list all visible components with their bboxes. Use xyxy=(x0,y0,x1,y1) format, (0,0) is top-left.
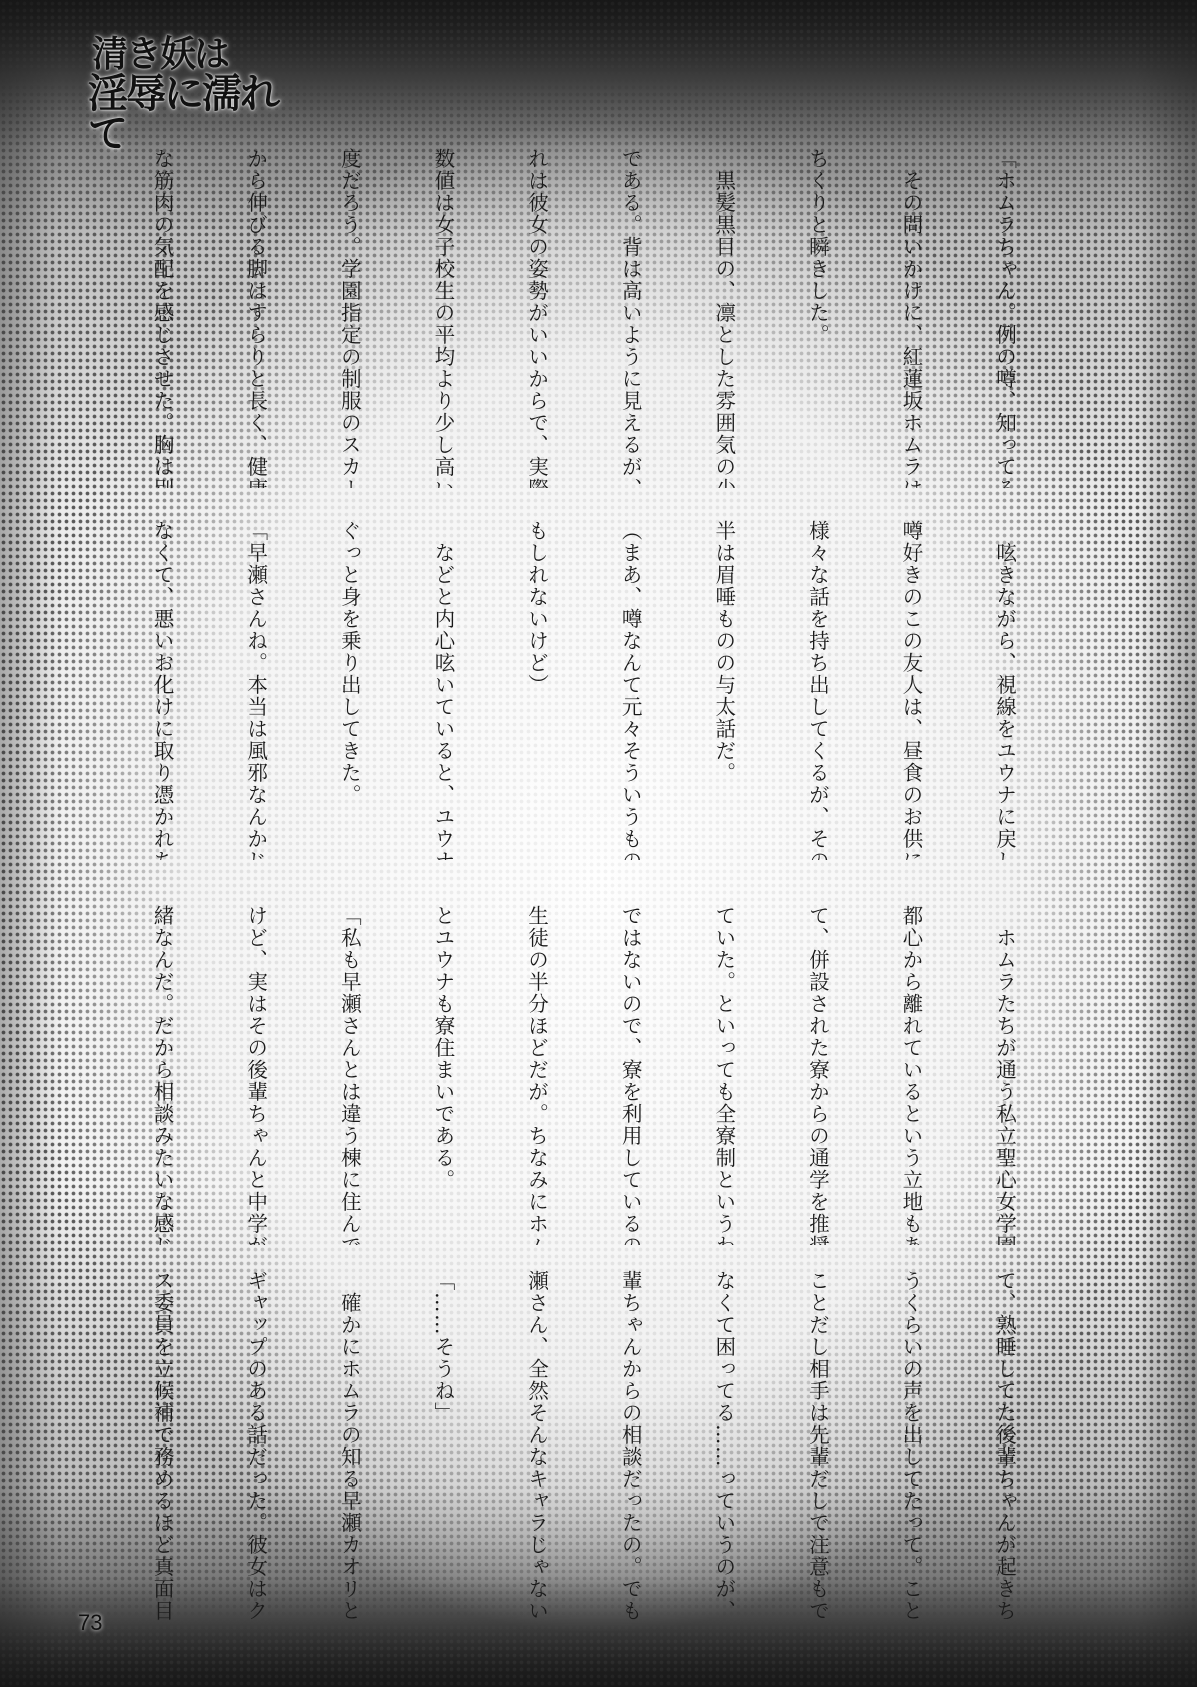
text-column: 半は眉唾ものの与太話だ。 xyxy=(708,520,739,860)
text-column: 早瀬さんのこと教えてくれてさ。後輩 xyxy=(80,905,84,1245)
text-column: 様々な話を持ち出してくるが、その大 xyxy=(801,520,832,860)
text-column: なくて困ってる……っていうのが、後 xyxy=(708,1270,739,1620)
text-column: ちくりと瞬きした。 xyxy=(801,148,832,488)
text-column: 輩ちゃんからの相談だったの。でも早 xyxy=(614,1270,645,1620)
text-column: れは彼女の姿勢がいいからで、実際の xyxy=(520,148,551,488)
title-line-1: 清き妖は xyxy=(92,36,288,72)
text-column: もしれないけど） xyxy=(520,520,551,860)
text-column: 瀬さん、全然そんなキャラじゃないし」 xyxy=(520,1270,551,1620)
text-column: から伸びる脚はすらりと長く、健康的 xyxy=(240,148,271,488)
text-column: なくて、悪いお化けに取り憑かれちゃ xyxy=(146,520,177,860)
text-column: 度だろう。学園指定の制服のスカート xyxy=(333,148,364,488)
text-column: その問いかけに、紅蓮坂ホムラはぱ xyxy=(895,148,926,488)
text-column: である。背は高いように見えるが、そ xyxy=(614,148,645,488)
text-column: うくらいの声を出してたって。ことが xyxy=(895,1270,926,1620)
text-column: ではないので、寮を利用しているのは xyxy=(614,905,645,1245)
text-column: 生徒の半分ほどだが。ちなみにホムラ xyxy=(520,905,551,1245)
text-column: 噂好きのこの友人は、昼食のお供に xyxy=(895,520,926,860)
text-column: 「私も早瀬さんとは違う棟に住んでる xyxy=(333,905,364,1245)
text-column: 都心から離れているという立地もあっ xyxy=(895,905,926,1245)
text-tier-3: ホムラたちが通う私立聖心女学園は 都心から離れているという立地もあっ て、併設さ… xyxy=(80,905,1082,1245)
text-column: て、熟睡してた後輩ちゃんが起きちゃ xyxy=(988,1270,1019,1620)
text-column: 「……そうね」 xyxy=(427,1270,458,1620)
text-column: 数値は女子校生の平均より少し高い程 xyxy=(427,148,458,488)
text-column: けど、実はその後輩ちゃんと中学が一 xyxy=(240,905,271,1245)
text-column: ていた。といっても全寮制というわけ xyxy=(708,905,739,1245)
text-tier-4: て、熟睡してた後輩ちゃんが起きちゃ うくらいの声を出してたって。ことが ことだし… xyxy=(80,1270,1082,1620)
text-column: な筋肉の気配を感じさせた。胸は別段 xyxy=(146,148,177,488)
page-number: 73 xyxy=(78,1610,102,1636)
text-column: ス委員を立候補で務めるほど真面目な xyxy=(146,1270,177,1620)
text-column: 黒髪黒目の、凛とした雰囲気の少女 xyxy=(708,148,739,488)
text-column: （まあ、噂なんて元々そういうものか xyxy=(614,520,645,860)
text-column: 呟きながら、視線をユウナに戻した。 xyxy=(988,520,1019,860)
text-column: 「ホムラちゃん。例の噂、知ってる？」 xyxy=(988,148,1019,488)
text-column: 緒なんだ。だから相談みたいな感じで xyxy=(146,905,177,1245)
text-column: 人物で、そのような形で後輩に迷惑を xyxy=(80,1270,84,1620)
text-column: ホムラたちが通う私立聖心女学園は xyxy=(988,905,1019,1245)
text-tier-1: 「ホムラちゃん。例の噂、知ってる？」 その問いかけに、紅蓮坂ホムラはぱ ちくりと… xyxy=(80,148,1082,488)
title-line-2: 淫辱に濡れて xyxy=(88,74,288,154)
text-column: ぐっと身を乗り出してきた。 xyxy=(333,520,364,860)
text-column: ことだし相手は先輩だしで注意もでき xyxy=(801,1270,832,1620)
text-column: ギャップのある話だった。彼女はクラ xyxy=(240,1270,271,1620)
text-column: ったんだって！」 xyxy=(80,520,84,860)
text-column: とユウナも寮住まいである。 xyxy=(427,905,458,1245)
text-column: 確かにホムラの知る早瀬カオリとは xyxy=(333,1270,364,1620)
text-column: などと内心呟いていると、ユウナは xyxy=(427,520,458,860)
text-column: て、併設された寮からの通学を推奨し xyxy=(801,905,832,1245)
text-tier-2: 呟きながら、視線をユウナに戻した。 噂好きのこの友人は、昼食のお供に 様々な話を… xyxy=(80,520,1082,860)
text-column: 大きいというわけではないが、青い色 xyxy=(80,148,84,488)
text-column: 「早瀬さんね。本当は風邪なんかじゃ xyxy=(240,520,271,860)
book-title-logo: 清き妖は 淫辱に濡れて xyxy=(88,36,288,154)
